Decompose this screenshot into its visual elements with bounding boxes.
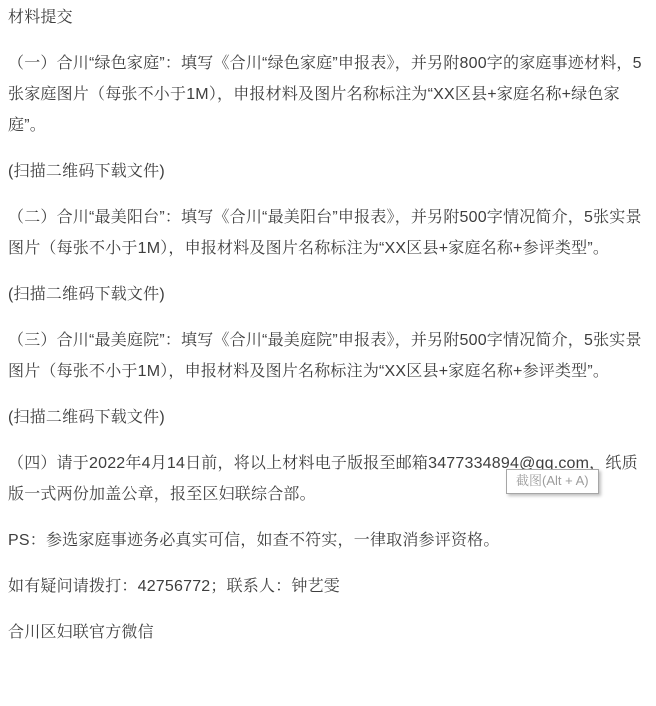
page-title: 材料提交 [8, 2, 648, 33]
paragraph-wechat-official: 合川区妇联官方微信 [8, 617, 648, 648]
note-scan-qr-2: (扫描二维码下载文件) [8, 279, 648, 310]
screenshot-shortcut-tooltip: 截图(Alt + A) [506, 469, 599, 494]
screenshot-shortcut-label: 截图(Alt + A) [516, 473, 589, 488]
paragraph-contact-info: 如有疑问请拨打：42756772；联系人：钟艺雯 [8, 571, 648, 602]
document-page: 材料提交 （一）合川“绿色家庭”：填写《合川“绿色家庭”申报表》，并另附800字… [0, 0, 656, 706]
article-body: 材料提交 （一）合川“绿色家庭”：填写《合川“绿色家庭”申报表》，并另附800字… [0, 0, 656, 648]
note-scan-qr-1: (扫描二维码下载文件) [8, 156, 648, 187]
paragraph-best-balcony: （二）合川“最美阳台”：填写《合川“最美阳台”申报表》，并另附500字情况简介，… [8, 202, 648, 264]
paragraph-best-courtyard: （三）合川“最美庭院”：填写《合川“最美庭院”申报表》，并另附500字情况简介，… [8, 325, 648, 387]
note-scan-qr-3: (扫描二维码下载文件) [8, 402, 648, 433]
paragraph-ps-note: PS：参选家庭事迹务必真实可信，如查不符实，一律取消参评资格。 [8, 525, 648, 556]
paragraph-green-family: （一）合川“绿色家庭”：填写《合川“绿色家庭”申报表》，并另附800字的家庭事迹… [8, 48, 648, 141]
